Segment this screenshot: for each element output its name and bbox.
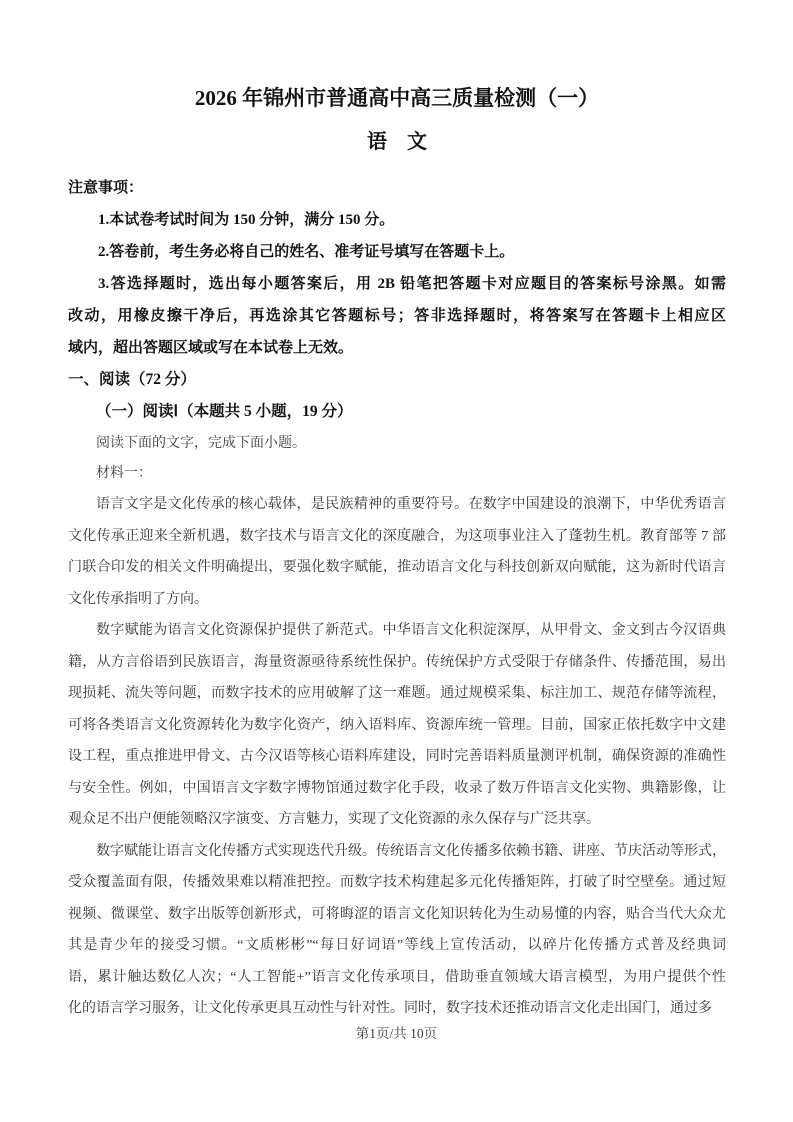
material-one-label: 材料一：	[68, 459, 726, 489]
text-line: 文化传承正迎来全新机遇，数字技术与语言文化的深度融合，为这项事业注入了蓬勃生机。…	[68, 521, 726, 553]
page-number-footer: 第1页/共 10页	[0, 1022, 793, 1046]
notice-item-3: 3.答选择题时，选出每小题答案后，用 2B 铅笔把答题卡对应题目的答案标号涂黑。…	[68, 268, 726, 364]
notice-heading: 注意事项：	[68, 172, 726, 204]
body-paragraph-1: 语言文字是文化传承的核心载体，是民族精神的重要符号。在数字中国建设的浪潮下，中华…	[68, 489, 726, 615]
text-line: 改动，用橡皮擦干净后，再选涂其它答题标号；答非选择题时，将答案写在答题卡上相应区	[68, 300, 726, 332]
text-line: 其是青少年的接受习惯。“文质彬彬”“每日好词语”等线上宣传活动，以碎片化传播方式…	[68, 930, 726, 962]
text-line: 设工程，重点推进甲骨文、古今汉语等核心语料库建设，同时完善语料质量测评机制，确保…	[68, 741, 726, 773]
section-heading-reading: 一、阅读（72 分）	[68, 364, 726, 396]
text-line: 1.本试卷考试时间为 150 分钟，满分 150 分。	[68, 204, 726, 236]
text-line: 2.答卷前，考生务必将自己的姓名、准考证号填写在答题卡上。	[68, 236, 726, 268]
body-paragraph-2: 数字赋能为语言文化资源保护提供了新范式。中华语言文化积淀深厚，从甲骨文、金文到古…	[68, 615, 726, 836]
text-line: 观众足不出户便能领略汉字演变、方言魅力，实现了文化资源的永久保存与广泛共享。	[68, 804, 726, 836]
text-line: 受众覆盖面有限，传播效果难以精准把控。而数字技术构建起多元化传播矩阵，打破了时空…	[68, 867, 726, 899]
text-line: 文化传承指明了方向。	[68, 584, 726, 616]
text-line: 可将各类语言文化资源转化为数字化资产，纳入语料库、资源库统一管理。目前，国家正依…	[68, 710, 726, 742]
text-line: 视频、微课堂、数字出版等创新形式，可将晦涩的语言文化知识转化为生动易懂的内容，贴…	[68, 899, 726, 931]
text-line: 语，累计触达数亿人次；“人工智能+”语言文化传承项目，借助垂直领域大语言模型，为…	[68, 962, 726, 994]
exam-paper-page: 2026 年锦州市普通高中高三质量检测（一） 语 文 注意事项： 1.本试卷考试…	[0, 0, 793, 1122]
subsection-heading-reading-1: （一）阅读Ⅰ（本题共 5 小题，19 分）	[68, 396, 726, 428]
text-line: 域内，超出答题区域或写在本试卷上无效。	[68, 332, 726, 364]
page-title: 2026 年锦州市普通高中高三质量检测（一）	[68, 84, 726, 112]
notice-item-1: 1.本试卷考试时间为 150 分钟，满分 150 分。	[68, 204, 726, 236]
text-line: 3.答选择题时，选出每小题答案后，用 2B 铅笔把答题卡对应题目的答案标号涂黑。…	[68, 268, 726, 300]
text-line: 化的语言学习服务，让文化传承更具互动性与针对性。同时，数字技术还推动语言文化走出…	[68, 993, 726, 1025]
text-line: 语言文字是文化传承的核心载体，是民族精神的重要符号。在数字中国建设的浪潮下，中华…	[68, 489, 726, 521]
subject-title: 语 文	[68, 128, 726, 156]
page-content: 2026 年锦州市普通高中高三质量检测（一） 语 文 注意事项： 1.本试卷考试…	[0, 0, 793, 1025]
reading-instruction: 阅读下面的文字，完成下面小题。	[68, 428, 726, 459]
text-line: 门联合印发的相关文件明确提出，要强化数字赋能，推动语言文化与科技创新双向赋能，这…	[68, 552, 726, 584]
text-line: 现损耗、流失等问题，而数字技术的应用破解了这一难题。通过规模采集、标注加工、规范…	[68, 678, 726, 710]
text-line: 数字赋能为语言文化资源保护提供了新范式。中华语言文化积淀深厚，从甲骨文、金文到古…	[68, 615, 726, 647]
text-line: 数字赋能让语言文化传播方式实现迭代升级。传统语言文化传播多依赖书籍、讲座、节庆活…	[68, 836, 726, 868]
notice-item-2: 2.答卷前，考生务必将自己的姓名、准考证号填写在答题卡上。	[68, 236, 726, 268]
body-paragraph-3: 数字赋能让语言文化传播方式实现迭代升级。传统语言文化传播多依赖书籍、讲座、节庆活…	[68, 836, 726, 1025]
text-line: 与安全性。例如，中国语言文字数字博物馆通过数字化手段，收录了数万件语言文化实物、…	[68, 773, 726, 805]
text-line: 籍，从方言俗语到民族语言，海量资源亟待系统性保护。传统保护方式受限于存储条件、传…	[68, 647, 726, 679]
